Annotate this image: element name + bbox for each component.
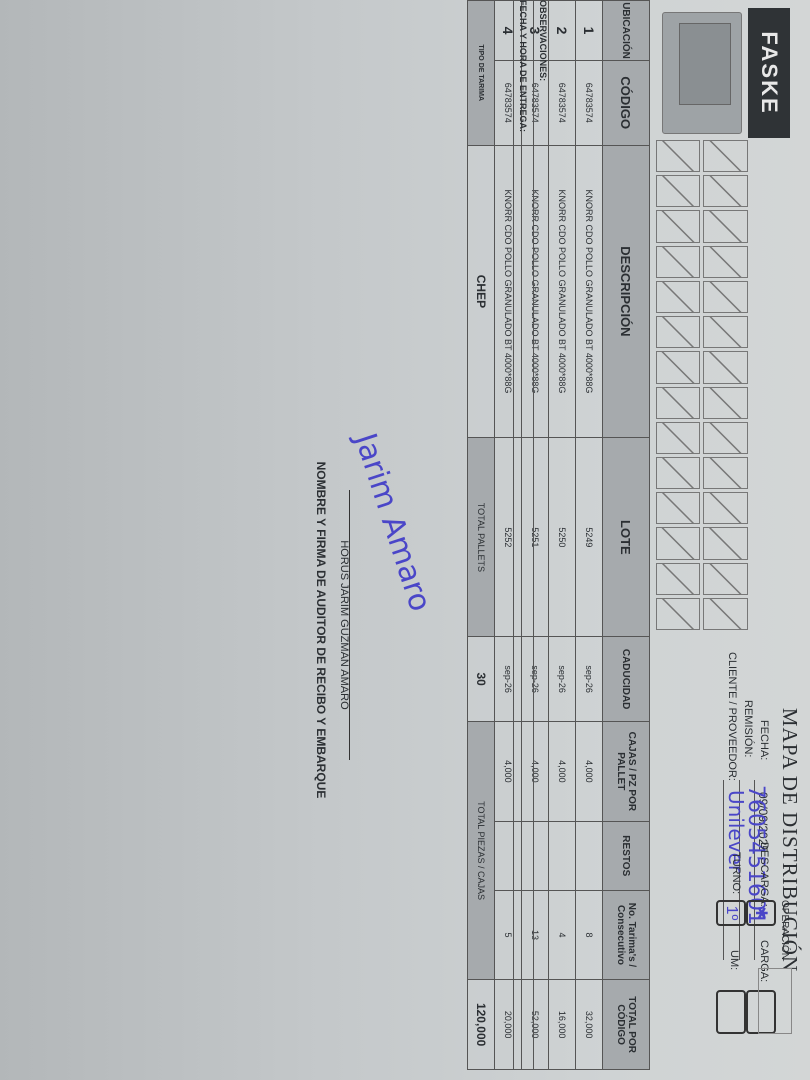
- pallet-slot: [704, 492, 749, 524]
- col-tarimas: No. Tarima's / Consecutivo: [603, 890, 650, 980]
- descarga-mark: ✱: [751, 906, 771, 919]
- footer-row: TIPO DE TARIMA CHEP TOTAL PALLETS 30 TOT…: [468, 1, 495, 1070]
- col-codigo: CÓDIGO: [603, 61, 650, 145]
- entrega-label: FECHA Y HORA DE ENTREGA:: [518, 0, 528, 132]
- cell-lote: 5251: [522, 438, 549, 637]
- col-ubicacion: UBICACIÓN: [603, 1, 650, 61]
- cliente-label: CLIENTE / PROVEEDOR:: [726, 652, 738, 781]
- cell-codigo: 64783574: [576, 61, 603, 145]
- cell-caducidad: sep-26: [495, 637, 522, 721]
- distribution-map-form: FASKE MAPA DE DISTRIBUCIÓN FECHA: 09/09/…: [0, 0, 810, 1080]
- operacion-label: OPERACIÓN: [779, 900, 790, 960]
- um-label: UM:: [728, 950, 740, 970]
- pallet-slot: [656, 316, 701, 348]
- pallet-slot: [656, 210, 701, 242]
- pallet-slot: [656, 140, 701, 172]
- signer-role: NOMBRE Y FIRMA DE AUDITOR DE RECIBO Y EM…: [314, 440, 328, 820]
- cell-total: 16,000: [549, 980, 576, 1070]
- cell-total: 20,000: [495, 980, 522, 1070]
- pallet-slot: [704, 387, 749, 419]
- cell-caducidad: sep-26: [549, 637, 576, 721]
- brand-logo: FASKE: [748, 8, 790, 138]
- signer-name: HORUS JARIM GUZMAN AMARO: [338, 490, 350, 760]
- cell-lote: 5252: [495, 438, 522, 637]
- tipo-tarima-label: TIPO DE TARIMA: [468, 1, 495, 146]
- descarga-label: DESCARGA:: [758, 842, 770, 907]
- pallet-slot: [704, 563, 749, 595]
- pallet-slot: [704, 422, 749, 454]
- total-piezas-value: 120,000: [468, 980, 495, 1070]
- pallet-slot: [656, 175, 701, 207]
- col-total: TOTAL POR CÓDIGO: [603, 980, 650, 1070]
- cell-tarimas: 4: [549, 890, 576, 980]
- pallet-slot: [704, 316, 749, 348]
- col-restos: RESTOS: [603, 821, 650, 890]
- pallet-slot: [656, 563, 701, 595]
- brand-name: FASKE: [756, 31, 782, 114]
- cell-tarimas: 8: [576, 890, 603, 980]
- turno-field[interactable]: 1º: [716, 900, 746, 926]
- pallet-slot: [704, 246, 749, 278]
- pallet-slot: [704, 140, 749, 172]
- pallet-slot: [704, 457, 749, 489]
- cell-descripcion: KNORR CDO POLLO GRANULADO BT 4000*88G: [549, 145, 576, 438]
- table-row: 364783574KNORR CDO POLLO GRANULADO BT 40…: [522, 1, 549, 1070]
- descarga-checkbox[interactable]: ✱: [746, 900, 776, 926]
- cell-restos: [522, 821, 549, 890]
- pallet-slot: [704, 210, 749, 242]
- total-pallets-value: 30: [468, 637, 495, 721]
- turno-value: 1º: [722, 906, 740, 921]
- pallet-slot: [656, 527, 701, 559]
- cell-descripcion: KNORR CDO POLLO GRANULADO BT 4000*88G: [495, 145, 522, 438]
- remision-label: REMISIÓN:: [742, 700, 754, 757]
- pallet-slot: [704, 175, 749, 207]
- pallet-slot: [656, 457, 701, 489]
- pallet-slot: [656, 351, 701, 383]
- total-pallets-label: TOTAL PALLETS: [468, 438, 495, 637]
- col-caducidad: CADUCIDAD: [603, 637, 650, 721]
- cell-descripcion: KNORR CDO POLLO GRANULADO BT 4000*88G: [576, 145, 603, 438]
- cell-descripcion: KNORR CDO POLLO GRANULADO BT 4000*88G: [522, 145, 549, 438]
- cell-total: 32,000: [576, 980, 603, 1070]
- cell-tarimas: 13: [522, 890, 549, 980]
- turno-label: TURNO:: [730, 852, 742, 894]
- pallet-slot: [656, 387, 701, 419]
- cell-cajas: 4,000: [522, 721, 549, 821]
- cell-tarimas: 5: [495, 890, 522, 980]
- pallet-position-grid: [656, 140, 748, 630]
- total-piezas-label: TOTAL PIEZAS / CAJAS: [468, 721, 495, 979]
- cell-cajas: 4,000: [495, 721, 522, 821]
- cell-total: 52,000: [522, 980, 549, 1070]
- pallet-slot: [656, 281, 701, 313]
- document-control-stamp: [758, 968, 792, 1034]
- cell-caducidad: sep-26: [576, 637, 603, 721]
- pallet-slot: [656, 422, 701, 454]
- col-descripcion: DESCRIPCIÓN: [603, 145, 650, 438]
- pallet-slot: [704, 281, 749, 313]
- cell-lote: 5249: [576, 438, 603, 637]
- cell-restos: [576, 821, 603, 890]
- truck-icon: [662, 12, 742, 134]
- um-field[interactable]: [716, 990, 746, 1034]
- tipo-tarima-value: CHEP: [468, 145, 495, 438]
- pallet-slot: [704, 527, 749, 559]
- table-row: 464783574KNORR CDO POLLO GRANULADO BT 40…: [495, 1, 522, 1070]
- pallet-slot: [704, 598, 749, 630]
- col-lote: LOTE: [603, 438, 650, 637]
- cell-restos: [495, 821, 522, 890]
- col-cajas: CAJAS / PZ POR PALLET: [603, 721, 650, 821]
- pallet-slot: [656, 492, 701, 524]
- table-row: 164783574KNORR CDO POLLO GRANULADO BT 40…: [576, 1, 603, 1070]
- pallet-slot: [704, 351, 749, 383]
- cell-lote: 5250: [549, 438, 576, 637]
- observaciones-label: OBSERVACIONES:: [538, 0, 548, 81]
- fecha-label: FECHA:: [758, 720, 770, 760]
- distribution-table: UBICACIÓN CÓDIGO DESCRIPCIÓN LOTE CADUCI…: [467, 0, 650, 1070]
- cell-cajas: 4,000: [549, 721, 576, 821]
- cell-ubicacion: 2: [549, 1, 576, 61]
- cell-restos: [549, 821, 576, 890]
- pallet-slot: [656, 598, 701, 630]
- cell-codigo: 64783574: [549, 61, 576, 145]
- cell-ubicacion: 1: [576, 1, 603, 61]
- handwritten-signature: Jarim Amaro: [347, 429, 437, 616]
- scanned-page: FASKE MAPA DE DISTRIBUCIÓN FECHA: 09/09/…: [0, 0, 810, 1080]
- table-row: 264783574KNORR CDO POLLO GRANULADO BT 40…: [549, 1, 576, 1070]
- cell-cajas: 4,000: [576, 721, 603, 821]
- pallet-slot: [656, 246, 701, 278]
- cell-caducidad: sep-26: [522, 637, 549, 721]
